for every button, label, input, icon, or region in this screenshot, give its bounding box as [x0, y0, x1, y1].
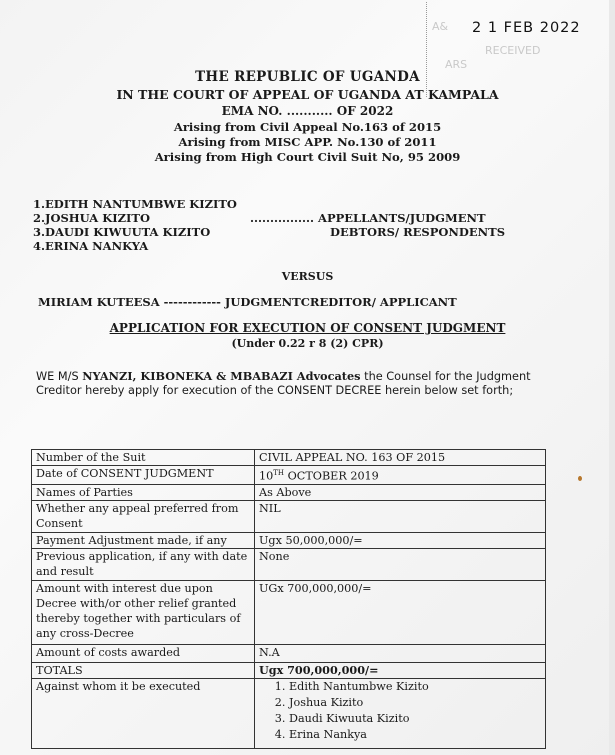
row-value: UGx 700,000,000/=	[255, 580, 546, 644]
ema-number: EMA NO. ........... OF 2022	[0, 104, 615, 118]
arising-line: Arising from Civil Appeal No.163 of 2015	[0, 120, 615, 134]
document-page: A& 2 1 FEB 2022 RECEIVED ARS THE REPUBLI…	[0, 0, 615, 755]
row-value: 10TH OCTOBER 2019	[255, 466, 546, 485]
row-label: TOTALS	[32, 662, 255, 678]
row-label: Payment Adjustment made, if any	[32, 532, 255, 548]
appellant-name: 4.ERINA NANKYA	[33, 239, 148, 253]
versus-label: VERSUS	[0, 270, 615, 283]
row-value: Ugx 700,000,000/=	[255, 662, 546, 678]
table-row: Number of the Suit CIVIL APPEAL NO. 163 …	[32, 450, 546, 466]
application-title: APPLICATION FOR EXECUTION OF CONSENT JUD…	[0, 321, 615, 335]
row-label: Number of the Suit	[32, 450, 255, 466]
intro-prefix: WE M/S	[36, 370, 82, 383]
date-suffix: TH	[273, 469, 284, 477]
row-value: As Above	[255, 484, 546, 500]
table-row: Against whom it be executed Edith Nantum…	[32, 678, 546, 748]
table-row: Previous application, if any with date a…	[32, 548, 546, 580]
arising-line: Arising from High Court Civil Suit No, 9…	[0, 150, 615, 164]
execution-details-table: Number of the Suit CIVIL APPEAL NO. 163 …	[31, 449, 546, 749]
advocates-word: Advocates	[293, 369, 361, 383]
stamp-faint-mark: A&	[432, 20, 448, 33]
row-label: Previous application, if any with date a…	[32, 548, 255, 580]
row-label: Amount of costs awarded	[32, 644, 255, 662]
judgment-debtors-list: Edith Nantumbwe Kizito Joshua Kizito Dau…	[259, 679, 541, 743]
arising-line: Arising from MISC APP. No.130 of 2011	[0, 135, 615, 149]
row-label: Against whom it be executed	[32, 678, 255, 748]
date-day: 10	[259, 470, 273, 483]
law-firm-name: NYANZI, KIBONEKA & MBABAZI	[82, 369, 293, 383]
appellant-role-continued: DEBTORS/ RESPONDENTS	[330, 225, 505, 239]
table-row: Amount with interest due upon Decree wit…	[32, 580, 546, 644]
row-label: Date of CONSENT JUDGMENT	[32, 466, 255, 485]
court-name: IN THE COURT OF APPEAL OF UGANDA AT KAMP…	[0, 87, 615, 102]
judgment-creditor: MIRIAM KUTEESA ------------ JUDGMENTCRED…	[38, 295, 457, 309]
list-item: Erina Nankya	[289, 727, 541, 743]
table-row-totals: TOTALS Ugx 700,000,000/=	[32, 662, 546, 678]
intro-paragraph: WE M/S NYANZI, KIBONEKA & MBABAZI Advoca…	[36, 369, 536, 398]
row-value: NIL	[255, 500, 546, 532]
row-label: Names of Parties	[32, 484, 255, 500]
document-title: THE REPUBLIC OF UGANDA	[0, 69, 615, 85]
appellant-name: 3.DAUDI KIWUUTA KIZITO	[33, 225, 210, 239]
stamp-received-text: RECEIVED	[485, 44, 540, 57]
table-row: Payment Adjustment made, if any Ugx 50,0…	[32, 532, 546, 548]
row-value: Ugx 50,000,000/=	[255, 532, 546, 548]
stamp-date: 2 1 FEB 2022	[472, 20, 581, 36]
paper-speck	[578, 476, 582, 481]
appellant-name: 1.EDITH NANTUMBWE KIZITO	[33, 197, 237, 211]
row-value: Edith Nantumbwe Kizito Joshua Kizito Dau…	[255, 678, 546, 748]
row-value: None	[255, 548, 546, 580]
table-row: Whether any appeal preferred from Consen…	[32, 500, 546, 532]
list-item: Daudi Kiwuuta Kizito	[289, 711, 541, 727]
row-value: CIVIL APPEAL NO. 163 OF 2015	[255, 450, 546, 466]
row-label: Amount with interest due upon Decree wit…	[32, 580, 255, 644]
list-item: Joshua Kizito	[289, 695, 541, 711]
row-label: Whether any appeal preferred from Consen…	[32, 500, 255, 532]
row-value: N.A	[255, 644, 546, 662]
table-row: Names of Parties As Above	[32, 484, 546, 500]
list-item: Edith Nantumbwe Kizito	[289, 679, 541, 695]
table-row: Date of CONSENT JUDGMENT 10TH OCTOBER 20…	[32, 466, 546, 485]
application-subtitle: (Under 0.22 r 8 (2) CPR)	[0, 337, 615, 350]
date-rest: OCTOBER 2019	[284, 470, 379, 483]
appellant-role: ................ APPELLANTS/JUDGMENT	[250, 211, 486, 225]
table-row: Amount of costs awarded N.A	[32, 644, 546, 662]
appellant-name: 2.JOSHUA KIZITO	[33, 211, 150, 225]
